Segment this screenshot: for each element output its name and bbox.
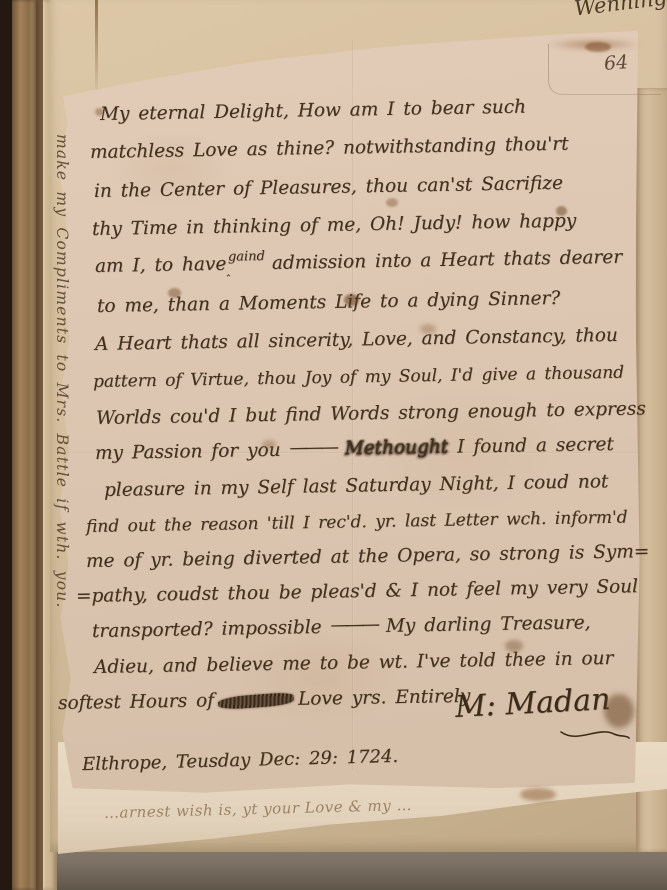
letter-line: transported? impossible ——— My darling T… [92, 612, 591, 642]
line-text: admission into a Heart thats dearer [272, 247, 623, 274]
margin-note: make my Compliments to Mrs. Battle if wt… [53, 134, 71, 609]
manuscript-photo: Wenning ili is f he y lf t …arnest wish … [0, 0, 667, 890]
letter-line: My eternal Delight, How am I to bear suc… [100, 97, 526, 125]
letter-line: Adieu, and believe me to be wt. I've tol… [94, 648, 614, 678]
letter-line: me of yr. being diverted at the Opera, s… [86, 541, 650, 572]
letter-text: My eternal Delight, How am I to bear suc… [0, 0, 667, 890]
line-text: Love yrs. Entirely [298, 686, 471, 710]
letter-line: find out the reason 'till I rec'd. yr. l… [86, 508, 628, 537]
letter-line: pattern of Virtue, thou Joy of my Soul, … [93, 363, 624, 392]
signature: M: Madan [454, 682, 611, 725]
letter-line: pleasure in my Self last Saturday Night,… [104, 471, 609, 501]
letter-line: A Heart thats all sincerity, Love, and C… [95, 325, 618, 355]
line-text: softest Hours of [58, 690, 214, 714]
letter-line: my Passion for you ——— Methought I found… [95, 434, 614, 464]
letter-line: matchless Love as thine? notwithstanding… [90, 134, 569, 163]
letter-line: =pathy, coudst thou be pleas'd & I not f… [76, 576, 638, 607]
letter-line: thy Time in thinking of me, Oh! Judy! ho… [92, 211, 577, 240]
interlinear-insertion: gaind [228, 249, 265, 265]
pen-dash: ——— [289, 437, 336, 459]
blotted-word: Methought [345, 437, 449, 460]
letter-line: Worlds cou'd I but find Words strong eno… [96, 398, 646, 429]
insertion-caret: ‸ [226, 264, 230, 277]
signature-flourish [560, 724, 630, 746]
pen-dash: ——— [330, 614, 377, 636]
line-text: my Passion for you [95, 440, 281, 464]
line-text: My darling Treasure, [386, 612, 591, 637]
letter-line: in the Center of Pleasures, thou can'st … [94, 173, 563, 202]
letter-line: to me, than a Moments Life to a dying Si… [97, 288, 561, 317]
line-text: I found a secret [457, 434, 614, 458]
scribbled-out-word [218, 692, 295, 710]
line-text: transported? impossible [92, 617, 322, 642]
dateline: Elthrope, Teusday Dec: 29: 1724. [82, 746, 399, 775]
line-text: am I, to have [95, 254, 227, 277]
letter-line: softest Hours ofLove yrs. Entirely [58, 686, 471, 714]
letter-line: am I, to have‸gaind admission into a Hea… [95, 247, 622, 277]
